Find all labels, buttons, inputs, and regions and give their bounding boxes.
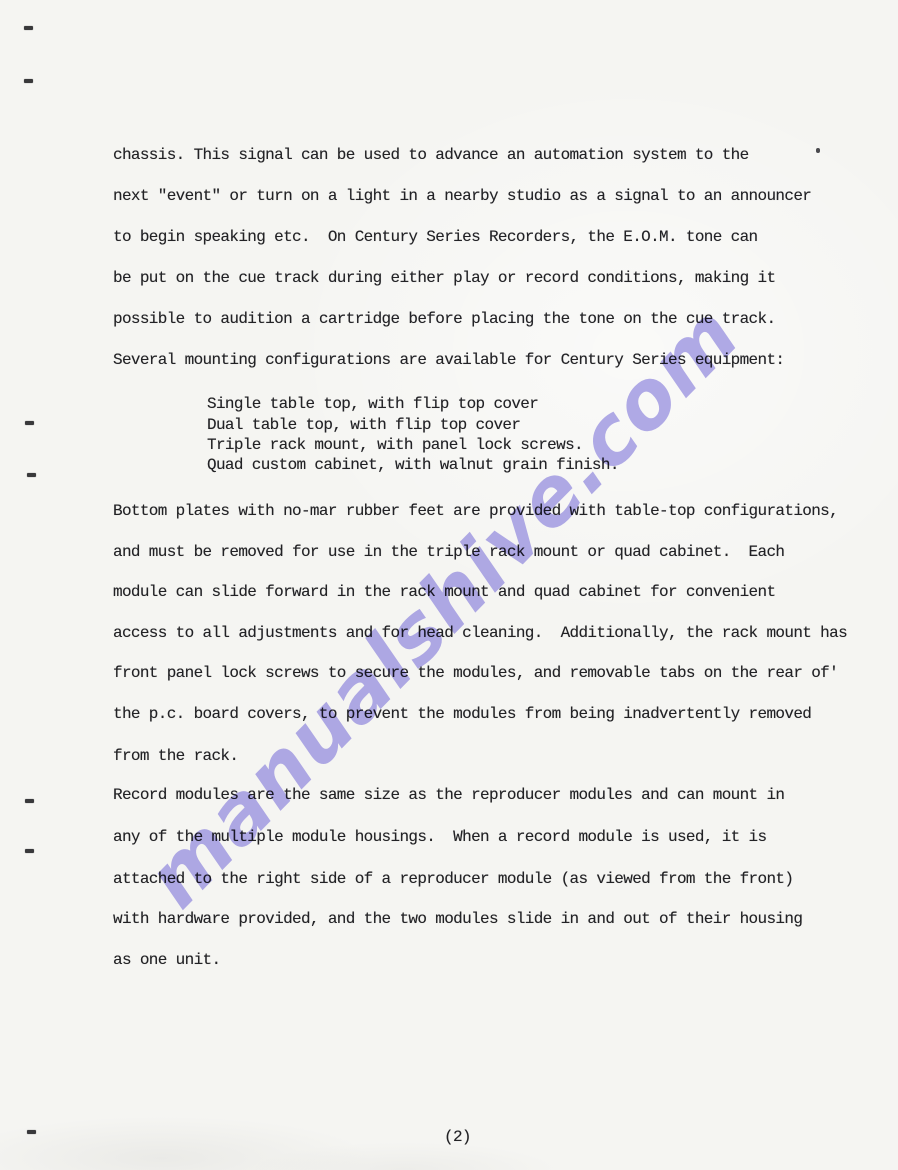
text-line: attached to the right side of a reproduc…	[113, 869, 793, 889]
text-line: the p.c. board covers, to prevent the mo…	[113, 704, 811, 724]
list-item: Single table top, with flip top cover	[207, 394, 538, 414]
scan-artifact-dot	[816, 148, 820, 153]
text-line: and must be removed for use in the tripl…	[113, 542, 784, 562]
list-item: Dual table top, with flip top cover	[207, 415, 520, 435]
text-line: any of the multiple module housings. Whe…	[113, 827, 766, 847]
page-number: (2)	[444, 1127, 471, 1147]
text-line: from the rack.	[113, 746, 238, 766]
text-line: access to all adjustments and for head c…	[113, 623, 847, 643]
text-line: with hardware provided, and the two modu…	[113, 909, 802, 929]
text-line: as one unit.	[113, 950, 220, 970]
scan-artifact-mark	[25, 421, 34, 425]
scan-artifact-mark	[25, 799, 34, 803]
text-line: next "event" or turn on a light in a nea…	[113, 186, 811, 206]
scan-artifact-mark	[27, 1130, 36, 1134]
text-line: be put on the cue track during either pl…	[113, 268, 775, 288]
text-line: Bottom plates with no-mar rubber feet ar…	[113, 501, 838, 521]
scan-artifact-mark	[27, 473, 36, 477]
text-line: chassis. This signal can be used to adva…	[113, 145, 749, 165]
scan-artifact-mark	[24, 26, 33, 30]
text-line: Several mounting configurations are avai…	[113, 350, 784, 370]
list-item: Quad custom cabinet, with walnut grain f…	[207, 455, 619, 475]
scanned-document-page: manualshive.com chassis. This signal can…	[0, 0, 898, 1170]
scan-artifact-mark	[24, 79, 33, 83]
text-line: possible to audition a cartridge before …	[113, 309, 775, 329]
text-line: module can slide forward in the rack mou…	[113, 582, 775, 602]
text-line: Record modules are the same size as the …	[113, 785, 784, 805]
typewritten-text-layer: chassis. This signal can be used to adva…	[0, 0, 898, 1170]
text-line: front panel lock screws to secure the mo…	[113, 663, 838, 683]
text-line: to begin speaking etc. On Century Series…	[113, 227, 758, 247]
scan-artifact-mark	[25, 849, 34, 853]
list-item: Triple rack mount, with panel lock screw…	[207, 435, 583, 455]
